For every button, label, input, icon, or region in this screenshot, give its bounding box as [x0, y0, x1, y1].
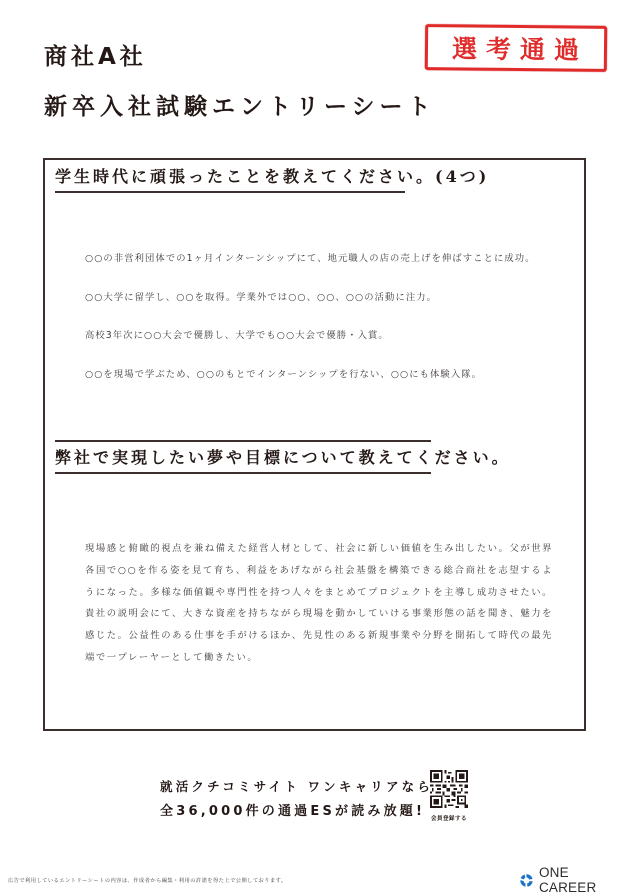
- promo-text: 就活クチコミサイト ワンキャリアなら 全36,000件の通過ESが読み放題!: [160, 778, 433, 824]
- brand[interactable]: ONE CAREER: [519, 865, 630, 892]
- promo-line-1: 就活クチコミサイト ワンキャリアなら: [160, 778, 433, 796]
- answer-item: 高校3年次に○○大会で優勝し、大学でも○○大会で優勝・入賞。: [85, 330, 555, 369]
- question-2-heading: 弊社で実現したい夢や目標について教えてください。: [55, 440, 431, 474]
- qr-block[interactable]: 会員登録する: [427, 770, 471, 822]
- qr-caption: 会員登録する: [427, 814, 471, 822]
- question-2-answer: 現場感と俯瞰的視点を兼ね備えた経営人材として、社会に新しい価値を生み出したい。父…: [85, 538, 553, 669]
- answer-item: ○○の非営利団体での1ヶ月インターンシップにて、地元職人の店の売上げを伸ばすこと…: [85, 253, 555, 292]
- pass-stamp: 選考通過: [425, 24, 607, 72]
- entry-sheet-box: 学生時代に頑張ったことを教えてください。(4つ) ○○の非営利団体での1ヶ月イン…: [43, 158, 586, 731]
- qr-code-icon[interactable]: [430, 770, 468, 808]
- one-career-logo-icon: [519, 873, 534, 888]
- pass-stamp-label: 選考通過: [444, 29, 588, 67]
- question-1-heading: 学生時代に頑張ったことを教えてください。(4つ): [55, 164, 405, 193]
- page-title: 新卒入社試験エントリーシート: [44, 88, 436, 121]
- question-1-answers: ○○の非営利団体での1ヶ月インターンシップにて、地元職人の店の売上げを伸ばすこと…: [85, 253, 555, 407]
- disclaimer: 広告で利用しているエントリーシートの内容は、作成者から編集・利用の許諾を得た上で…: [8, 876, 287, 884]
- company-name: 商社A社: [44, 38, 147, 71]
- answer-item: ○○大学に留学し、○○を取得。学業外では○○、○○、○○の活動に注力。: [85, 292, 555, 331]
- answer-item: ○○を現場で学ぶため、○○のもとでインターンシップを行ない、○○にも体験入隊。: [85, 369, 555, 408]
- brand-name: ONE CAREER: [539, 865, 630, 892]
- promo-line-2: 全36,000件の通過ESが読み放題!: [160, 800, 433, 824]
